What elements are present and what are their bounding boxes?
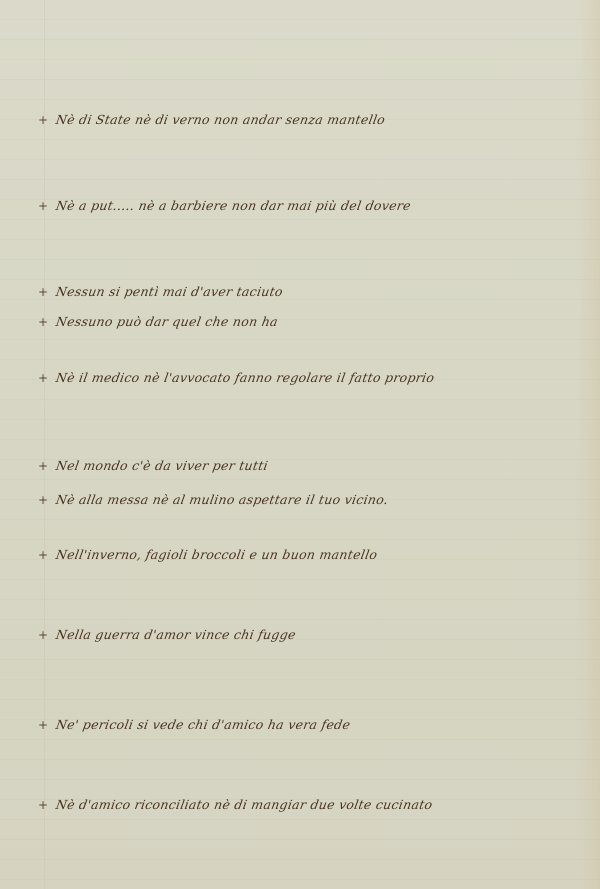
paper-ruling: [0, 0, 600, 889]
proverb-text: Nè d'amico riconciliato nè di mangiar du…: [55, 797, 434, 812]
proverb-text: Nella guerra d'amor vince chi fugge: [55, 627, 298, 642]
manuscript-page: + Nè di State nè di verno non andar senz…: [0, 0, 600, 889]
proverb-line: + Nè il medico nè l'avvocato fanno regol…: [38, 370, 434, 385]
proverb-text: Nè di State nè di verno non andar senza …: [55, 112, 387, 127]
cross-mark-icon: +: [38, 628, 52, 642]
cross-mark-icon: +: [38, 718, 52, 732]
cross-mark-icon: +: [38, 199, 52, 213]
proverb-line: + Ne' pericoli si vede chi d'amico ha ve…: [38, 717, 350, 732]
proverb-text: Nell'inverno, fagioli broccoli e un buon…: [55, 547, 379, 562]
proverb-line: + Nè d'amico riconciliato nè di mangiar …: [38, 797, 433, 812]
cross-mark-icon: +: [38, 315, 52, 329]
proverb-line: + Nell'inverno, fagioli broccoli e un bu…: [38, 547, 377, 562]
proverb-text: Nessuno può dar quel che non ha: [55, 314, 280, 329]
proverb-line: + Nè alla messa nè al mulino aspettare i…: [38, 492, 388, 507]
cross-mark-icon: +: [38, 285, 52, 299]
cross-mark-icon: +: [38, 798, 52, 812]
cross-mark-icon: +: [38, 113, 52, 127]
proverb-text: Nessun si pentì mai d'aver taciuto: [55, 284, 285, 299]
proverb-text: Nè alla messa nè al mulino aspettare il …: [55, 492, 390, 507]
proverb-line: + Nella guerra d'amor vince chi fugge: [38, 627, 296, 642]
proverb-line: + Nessun si pentì mai d'aver taciuto: [38, 284, 283, 299]
proverb-line: + Nel mondo c'è da viver per tutti: [38, 458, 268, 473]
cross-mark-icon: +: [38, 371, 52, 385]
proverb-text: Nel mondo c'è da viver per tutti: [55, 458, 270, 473]
proverb-text: Nè il medico nè l'avvocato fanno regolar…: [55, 370, 436, 385]
cross-mark-icon: +: [38, 493, 52, 507]
cross-mark-icon: +: [38, 459, 52, 473]
cross-mark-icon: +: [38, 548, 52, 562]
proverb-line: + Nè a put..... nè a barbiere non dar ma…: [38, 198, 411, 213]
proverb-line: + Nessuno può dar quel che non ha: [38, 314, 278, 329]
proverb-line: + Nè di State nè di verno non andar senz…: [38, 112, 385, 127]
margin-line: [44, 0, 45, 889]
proverb-text: Nè a put..... nè a barbiere non dar mai …: [55, 198, 413, 213]
proverb-text: Ne' pericoli si vede chi d'amico ha vera…: [55, 717, 352, 732]
